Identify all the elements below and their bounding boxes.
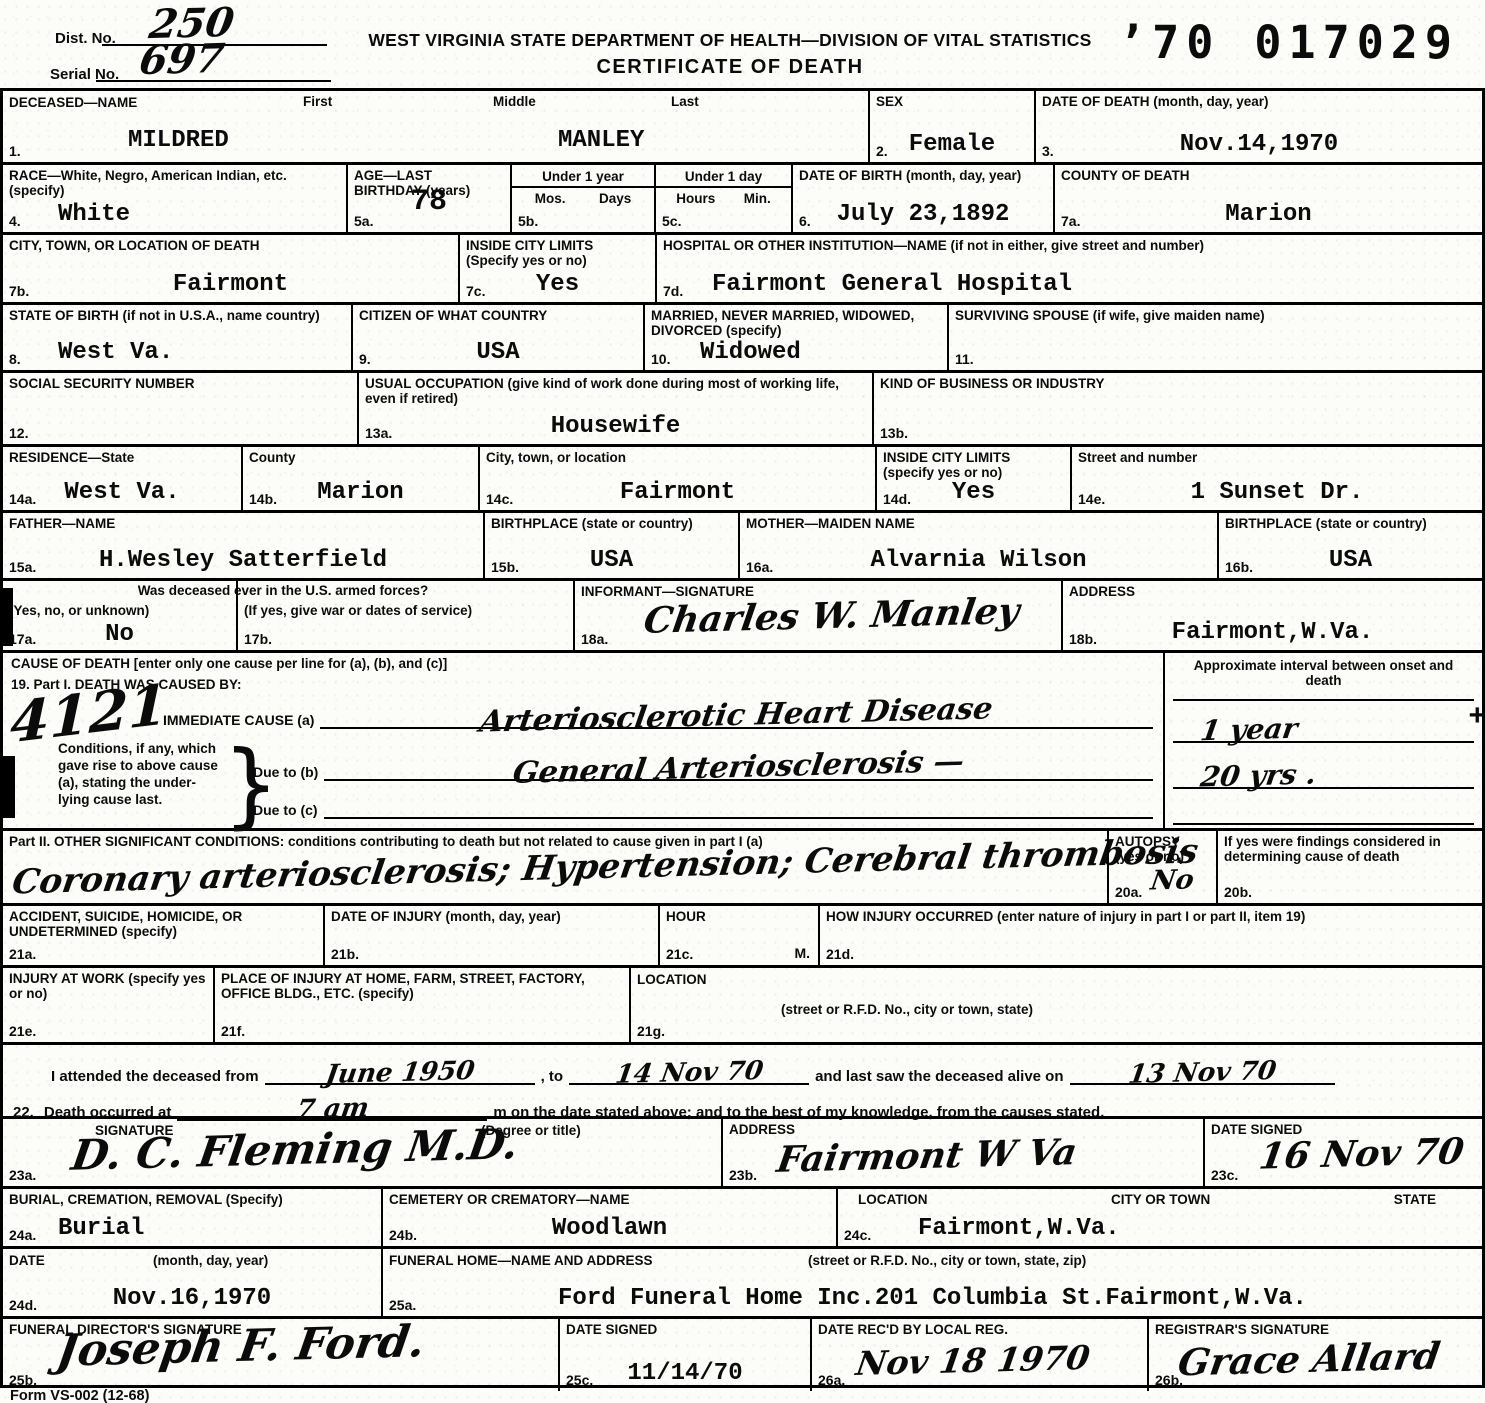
field-funeral-director-signature: FUNERAL DIRECTOR'S SIGNATURE Joseph F. F… — [3, 1319, 558, 1391]
inside-limits-death-label: INSIDE CITY LIMITS (Specify yes or no) — [466, 238, 649, 269]
field-accident: ACCIDENT, SUICIDE, HOMICIDE, OR UNDETERM… — [3, 906, 323, 965]
serial-no-value: 697 — [136, 35, 227, 84]
under-1-day-sublabels: Hours Min. — [662, 188, 785, 206]
residence-county-label: County — [249, 450, 472, 465]
serial-no-underline — [96, 80, 331, 82]
injury-location-paren: (street or R.F.D. No., city or town, sta… — [781, 1002, 1033, 1017]
residence-county-value: Marion — [243, 479, 478, 506]
due-to-c-line: Due to (c) — [253, 787, 1153, 819]
field-physician-address: ADDRESS Fairmont W Va 23b. — [721, 1119, 1203, 1186]
form-number: Form VS-002 (12-68) — [10, 1388, 149, 1403]
field-residence-state: RESIDENCE—State West Va. 14a. — [3, 447, 241, 510]
scan-artifact — [0, 756, 15, 818]
date-of-death-value: Nov.14,1970 — [1036, 131, 1482, 158]
under-1-year-number: 5b. — [518, 213, 538, 229]
minutes-label: Min. — [744, 191, 771, 206]
how-injury-number: 21d. — [826, 946, 854, 962]
how-injury-label: HOW INJURY OCCURRED (enter nature of inj… — [826, 909, 1476, 924]
deceased-name-number: 1. — [9, 143, 21, 159]
date-of-death-label: DATE OF DEATH (month, day, year) — [1042, 94, 1476, 109]
field-director-date-signed: DATE SIGNED 11/14/70 25c. — [558, 1319, 810, 1391]
mother-name-value: Alvarnia Wilson — [740, 547, 1217, 574]
burial-type-label: BURIAL, CREMATION, REMOVAL (Specify) — [9, 1192, 375, 1207]
date-received-number: 26a. — [818, 1372, 845, 1388]
autopsy-label: AUTOPSY (yes or no) — [1115, 834, 1210, 865]
cemetery-location-headers: LOCATION CITY OR TOWN STATE — [844, 1192, 1476, 1207]
field-residence-limits: INSIDE CITY LIMITS (specify yes or no) Y… — [875, 447, 1070, 510]
cemetery-name-label: CEMETERY OR CREMATORY—NAME — [389, 1192, 830, 1207]
date-of-death-number: 3. — [1042, 143, 1054, 159]
date-of-birth-value: July 23,1892 — [793, 201, 1053, 228]
interval-a-line: 1 year — [1173, 705, 1474, 743]
accident-number: 21a. — [9, 946, 36, 962]
row-funeral-home: DATE (month, day, year) Nov.16,1970 24d.… — [3, 1249, 1482, 1319]
field-how-injury-occurred: HOW INJURY OCCURRED (enter nature of inj… — [818, 906, 1482, 965]
mother-birthplace-number: 16b. — [1225, 559, 1253, 575]
interval-b-line: 20 yrs . — [1173, 749, 1474, 789]
field-armed-forces-group: Was deceased ever in the U.S. armed forc… — [3, 581, 573, 650]
hospital-value: Fairmont General Hospital — [657, 271, 1482, 298]
hospital-label: HOSPITAL OR OTHER INSTITUTION—NAME (if n… — [663, 238, 1476, 253]
field-deceased-name: DECEASED—NAME First Middle Last MILDRED … — [3, 91, 868, 162]
place-of-injury-label: PLACE OF INJURY AT HOME, FARM, STREET, F… — [221, 971, 623, 1002]
burial-date-label: DATE — [9, 1253, 45, 1268]
field-date-received: DATE REC'D BY LOCAL REG. Nov 18 1970 26a… — [810, 1319, 1147, 1391]
field-approximate-interval: Approximate interval between onset and d… — [1163, 653, 1482, 828]
registrar-signature-value: Grace Allard — [1175, 1334, 1443, 1385]
field-armed-forces-dates: (If yes, give war or dates of service) 1… — [236, 581, 573, 650]
injury-at-work-number: 21e. — [9, 1023, 36, 1039]
field-residence-city: City, town, or location Fairmont 14c. — [478, 447, 875, 510]
margin-plus-mark: + — [1468, 699, 1485, 733]
mother-birthplace-label: BIRTHPLACE (state or country) — [1225, 516, 1476, 531]
due-to-b-label: Due to (b) — [253, 765, 318, 781]
findings-label: If yes were findings considered in deter… — [1224, 834, 1476, 865]
residence-street-label: Street and number — [1078, 450, 1476, 465]
last-label: Last — [671, 94, 699, 109]
physician-signature-number: 23a. — [9, 1167, 36, 1183]
residence-city-number: 14c. — [486, 491, 513, 507]
sex-label: SEX — [876, 94, 1028, 109]
field-citizen: CITIZEN OF WHAT COUNTRY USA 9. — [351, 305, 643, 370]
row-injury-place: INJURY AT WORK (specify yes or no) 21e. … — [3, 968, 1482, 1045]
burial-type-number: 24a. — [9, 1227, 36, 1243]
interval-a-value: 1 year — [1198, 712, 1300, 748]
field-burial-date: DATE (month, day, year) Nov.16,1970 24d. — [3, 1249, 381, 1316]
armed-forces-paren: (Yes, no, or unknown) — [9, 603, 149, 618]
field-physician-signature: SIGNATURE (Degree or title) D. C. Flemin… — [3, 1119, 721, 1186]
field-age: AGE—LAST BIRTHDAY (years) 78 5a. — [346, 165, 510, 232]
field-attendance: I attended the deceased from June 1950 ,… — [3, 1045, 1482, 1116]
row-deceased: DECEASED—NAME First Middle Last MILDRED … — [3, 91, 1482, 165]
burial-type-value: Burial — [3, 1215, 381, 1242]
row-parents: FATHER—NAME H.Wesley Satterfield 15a. BI… — [3, 513, 1482, 581]
field-cemetery-location: LOCATION CITY OR TOWN STATE Fairmont,W.V… — [836, 1189, 1482, 1246]
city-of-death-value: Fairmont — [3, 271, 458, 298]
hours-label: Hours — [676, 191, 715, 206]
spouse-label: SURVIVING SPOUSE (if wife, give maiden n… — [955, 308, 1476, 323]
field-city-of-death: CITY, TOWN, OR LOCATION OF DEATH Fairmon… — [3, 235, 458, 302]
field-cause-of-death: CAUSE OF DEATH [enter only one cause per… — [3, 653, 1163, 828]
last-name-value: MANLEY — [558, 127, 644, 154]
row-accident: ACCIDENT, SUICIDE, HOMICIDE, OR UNDETERM… — [3, 906, 1482, 968]
death-certificate-document: Dist. No. 250 Serial No. 697 WEST VIRGIN… — [0, 0, 1485, 1403]
state-of-birth-label: STATE OF BIRTH (if not in U.S.A., name c… — [9, 308, 345, 323]
cemetery-location-value: Fairmont,W.Va. — [838, 1215, 1482, 1242]
armed-forces-dates-paren: (If yes, give war or dates of service) — [244, 603, 472, 618]
residence-limits-label: INSIDE CITY LIMITS (specify yes or no) — [883, 450, 1064, 481]
row-residence: RESIDENCE—State West Va. 14a. County Mar… — [3, 447, 1482, 513]
county-of-death-number: 7a. — [1061, 213, 1080, 229]
field-ssn: SOCIAL SECURITY NUMBER 12. — [3, 373, 357, 444]
field-occupation: USUAL OCCUPATION (give kind of work done… — [357, 373, 872, 444]
due-to-b-underline: General Arteriosclerosis — — [324, 749, 1153, 781]
inside-limits-death-value: Yes — [460, 271, 655, 298]
burial-date-number: 24d. — [9, 1297, 37, 1313]
attended-to-text: , to — [541, 1068, 564, 1085]
field-surviving-spouse: SURVIVING SPOUSE (if wife, give maiden n… — [947, 305, 1482, 370]
field-physician-date-signed: DATE SIGNED 16 Nov 70 23c. — [1203, 1119, 1482, 1186]
row-burial: BURIAL, CREMATION, REMOVAL (Specify) Bur… — [3, 1189, 1482, 1249]
attended-from-underline: June 1950 — [265, 1053, 535, 1085]
citizen-value: USA — [353, 339, 643, 366]
field-race: RACE—White, Negro, American Indian, etc.… — [3, 165, 346, 232]
attended-from-text: I attended the deceased from — [51, 1068, 259, 1085]
field-hospital: HOSPITAL OR OTHER INSTITUTION—NAME (if n… — [655, 235, 1482, 302]
injury-hour-label: HOUR — [666, 909, 812, 924]
interval-header-underline — [1173, 669, 1474, 701]
age-number: 5a. — [354, 213, 373, 229]
field-armed-forces: (Yes, no, or unknown) No 17a. — [3, 581, 236, 650]
scan-artifact — [0, 588, 13, 646]
cemetery-name-value: Woodlawn — [383, 1215, 836, 1242]
registrar-number: 26b. — [1155, 1372, 1183, 1388]
marital-label: MARRIED, NEVER MARRIED, WIDOWED, DIVORCE… — [651, 308, 941, 339]
field-autopsy-findings: If yes were findings considered in deter… — [1216, 831, 1482, 903]
city-of-death-label: CITY, TOWN, OR LOCATION OF DEATH — [9, 238, 452, 253]
marital-value: Widowed — [645, 339, 947, 366]
residence-city-label: City, town, or location — [486, 450, 869, 465]
accident-label: ACCIDENT, SUICIDE, HOMICIDE, OR UNDETERM… — [9, 909, 317, 940]
row-forces-informant: Was deceased ever in the U.S. armed forc… — [3, 581, 1482, 653]
autopsy-value: No — [1149, 864, 1197, 896]
father-name-number: 15a. — [9, 559, 36, 575]
row-birth-citizen-marital: STATE OF BIRTH (if not in U.S.A., name c… — [3, 305, 1482, 373]
informant-address-value: Fairmont,W.Va. — [1063, 619, 1482, 646]
field-registrar-signature: REGISTRAR'S SIGNATURE Grace Allard 26b. — [1147, 1319, 1482, 1391]
state-of-birth-number: 8. — [9, 351, 21, 367]
cemetery-location-number: 24c. — [844, 1227, 871, 1243]
race-value: White — [3, 201, 346, 228]
city-of-death-number: 7b. — [9, 283, 29, 299]
under-1-year-label: Under 1 year — [512, 168, 654, 188]
field-county-of-death: COUNTY OF DEATH Marion 7a. — [1053, 165, 1482, 232]
attended-from-value: June 1950 — [323, 1056, 476, 1090]
row-ssn-occupation: SOCIAL SECURITY NUMBER 12. USUAL OCCUPAT… — [3, 373, 1482, 447]
field-cemetery-name: CEMETERY OR CREMATORY—NAME Woodlawn 24b. — [381, 1189, 836, 1246]
immediate-cause-underline: Arteriosclerotic Heart Disease — [320, 697, 1153, 729]
months-label: Mos. — [535, 191, 566, 206]
informant-signature-value: Charles W. Manley — [641, 590, 1022, 642]
father-name-label: FATHER—NAME — [9, 516, 477, 531]
autopsy-number: 20a. — [1115, 884, 1142, 900]
date-of-birth-number: 6. — [799, 213, 811, 229]
row-cause-of-death: CAUSE OF DEATH [enter only one cause per… — [3, 653, 1482, 831]
date-received-value: Nov 18 1970 — [854, 1338, 1093, 1383]
physician-date-signed-value: 16 Nov 70 — [1256, 1130, 1466, 1177]
middle-label: Middle — [493, 94, 536, 109]
due-to-c-label: Due to (c) — [253, 803, 318, 819]
first-label: First — [303, 94, 332, 109]
certificate-header: Dist. No. 250 Serial No. 697 WEST VIRGIN… — [0, 0, 1485, 88]
conditions-note: Conditions, if any, which gave rise to a… — [58, 741, 220, 809]
director-date-signed-value: 11/14/70 — [560, 1360, 810, 1387]
father-birthplace-label: BIRTHPLACE (state or country) — [491, 516, 732, 531]
interval-c-line — [1173, 795, 1474, 825]
due-to-c-underline — [324, 787, 1153, 819]
informant-number: 18a. — [581, 631, 608, 647]
field-informant-address: ADDRESS Fairmont,W.Va. 18b. — [1061, 581, 1482, 650]
attendance-line-1: I attended the deceased from June 1950 ,… — [45, 1053, 1462, 1085]
injury-at-work-label: INJURY AT WORK (specify yes or no) — [9, 971, 207, 1002]
attendance-line-2: 22. Death occurred at 7 am m on the date… — [13, 1089, 1462, 1121]
field-injury-date: DATE OF INJURY (month, day, year) 21b. — [323, 906, 658, 965]
under-1-year-sublabels: Mos. Days — [518, 188, 648, 206]
under-1-day-label: Under 1 day — [656, 168, 791, 188]
interval-b-value: 20 yrs . — [1198, 758, 1318, 794]
injury-location-label: LOCATION — [637, 972, 707, 987]
physician-date-signed-number: 23c. — [1211, 1167, 1238, 1183]
conditions-brace: } — [223, 730, 279, 838]
cemetery-city-label: CITY OR TOWN — [1111, 1192, 1210, 1207]
field-place-of-injury: PLACE OF INJURY AT HOME, FARM, STREET, F… — [213, 968, 629, 1042]
field-residence-street: Street and number 1 Sunset Dr. 14e. — [1070, 447, 1482, 510]
death-occurred-underline: 7 am — [177, 1089, 487, 1121]
certificate-title: CERTIFICATE OF DEATH — [310, 56, 1150, 79]
residence-street-number: 14e. — [1078, 491, 1105, 507]
physician-signature-value: D. C. Fleming M.D. — [68, 1119, 521, 1180]
injury-date-label: DATE OF INJURY (month, day, year) — [331, 909, 652, 924]
sex-value: Female — [870, 131, 1034, 158]
field-mother-name: MOTHER—MAIDEN NAME Alvarnia Wilson 16a. — [738, 513, 1217, 578]
director-date-signed-label: DATE SIGNED — [566, 1322, 804, 1337]
row-place-of-death: CITY, TOWN, OR LOCATION OF DEATH Fairmon… — [3, 235, 1482, 305]
department-title: WEST VIRGINIA STATE DEPARTMENT OF HEALTH… — [310, 30, 1150, 51]
marital-number: 10. — [651, 351, 670, 367]
inside-limits-death-number: 7c. — [466, 283, 485, 299]
field-sex: SEX Female 2. — [868, 91, 1034, 162]
funeral-home-value: Ford Funeral Home Inc.201 Columbia St.Fa… — [383, 1285, 1482, 1312]
row-registration: FUNERAL DIRECTOR'S SIGNATURE Joseph F. F… — [3, 1319, 1482, 1391]
business-label: KIND OF BUSINESS OR INDUSTRY — [880, 376, 1476, 391]
director-date-signed-number: 25c. — [566, 1372, 593, 1388]
armed-forces-value: No — [3, 621, 236, 648]
field-marital-status: MARRIED, NEVER MARRIED, WIDOWED, DIVORCE… — [643, 305, 947, 370]
sex-number: 2. — [876, 143, 888, 159]
days-label: Days — [599, 191, 631, 206]
funeral-home-paren: (street or R.F.D. No., city or town, sta… — [808, 1253, 1086, 1268]
findings-number: 20b. — [1224, 884, 1252, 900]
field-injury-at-work: INJURY AT WORK (specify yes or no) 21e. — [3, 968, 213, 1042]
certificate-form: DECEASED—NAME First Middle Last MILDRED … — [0, 88, 1485, 1388]
field-funeral-home: FUNERAL HOME—NAME AND ADDRESS (street or… — [381, 1249, 1482, 1316]
cemetery-state-label: STATE — [1394, 1192, 1436, 1207]
burial-date-value: Nov.16,1970 — [3, 1285, 381, 1312]
last-alive-text: and last saw the deceased alive on — [815, 1068, 1063, 1085]
burial-date-paren: (month, day, year) — [153, 1253, 268, 1268]
injury-hour-number: 21c. — [666, 946, 693, 962]
injury-location-number: 21g. — [637, 1023, 665, 1039]
cemetery-location-label: LOCATION — [858, 1192, 928, 1207]
race-number: 4. — [9, 213, 21, 229]
funeral-director-number: 25b. — [9, 1372, 37, 1388]
residence-county-number: 14b. — [249, 491, 277, 507]
state-of-birth-value: West Va. — [3, 339, 351, 366]
mother-name-number: 16a. — [746, 559, 773, 575]
first-name-value: MILDRED — [128, 127, 229, 154]
field-business: KIND OF BUSINESS OR INDUSTRY 13b. — [872, 373, 1482, 444]
field-state-of-birth: STATE OF BIRTH (if not in U.S.A., name c… — [3, 305, 351, 370]
row-part2-autopsy: Part II. OTHER SIGNIFICANT CONDITIONS: c… — [3, 831, 1482, 906]
father-birthplace-number: 15b. — [491, 559, 519, 575]
injury-date-number: 21b. — [331, 946, 359, 962]
ssn-label: SOCIAL SECURITY NUMBER — [9, 376, 351, 391]
residence-state-number: 14a. — [9, 491, 36, 507]
field-date-of-birth: DATE OF BIRTH (month, day, year) July 23… — [791, 165, 1053, 232]
business-number: 13b. — [880, 425, 908, 441]
field-injury-location: LOCATION (street or R.F.D. No., city or … — [629, 968, 1482, 1042]
attended-to-underline: 14 Nov 70 — [569, 1053, 809, 1085]
armed-forces-dates-number: 17b. — [244, 631, 272, 647]
residence-street-value: 1 Sunset Dr. — [1072, 479, 1482, 506]
last-alive-underline: 13 Nov 70 — [1070, 1053, 1335, 1085]
residence-limits-number: 14d. — [883, 491, 911, 507]
armed-forces-number: 17a. — [9, 631, 36, 647]
occupation-number: 13a. — [365, 425, 392, 441]
funeral-home-number: 25a. — [389, 1297, 416, 1313]
occupation-value: Housewife — [359, 413, 872, 440]
informant-address-number: 18b. — [1069, 631, 1097, 647]
physician-address-value: Fairmont W Va — [774, 1131, 1079, 1181]
row-physician-signature: SIGNATURE (Degree or title) D. C. Flemin… — [3, 1119, 1482, 1189]
cause-header-label: CAUSE OF DEATH [enter only one cause per… — [11, 656, 447, 671]
field-residence-county: County Marion 14b. — [241, 447, 478, 510]
spouse-number: 11. — [955, 351, 974, 367]
funeral-director-signature-value: Joseph F. Ford. — [53, 1316, 428, 1377]
field-inside-city-limits-death: INSIDE CITY LIMITS (Specify yes or no) Y… — [458, 235, 655, 302]
mother-name-label: MOTHER—MAIDEN NAME — [746, 516, 1211, 531]
physician-address-number: 23b. — [729, 1167, 757, 1183]
cemetery-name-number: 24b. — [389, 1227, 417, 1243]
immediate-cause-label: IMMEDIATE CAUSE (a) — [163, 713, 314, 729]
last-alive-value: 13 Nov 70 — [1126, 1056, 1278, 1090]
ssn-number: 12. — [9, 425, 28, 441]
due-to-b-value: General Arteriosclerosis — — [511, 744, 967, 791]
field-other-significant-conditions: Part II. OTHER SIGNIFICANT CONDITIONS: c… — [3, 831, 1107, 903]
field-autopsy: AUTOPSY (yes or no) No 20a. — [1107, 831, 1216, 903]
due-to-b-line: Due to (b) General Arteriosclerosis — — [253, 749, 1153, 781]
field-father-birthplace: BIRTHPLACE (state or country) USA 15b. — [483, 513, 738, 578]
row-race-age-birth: RACE—White, Negro, American Indian, etc.… — [3, 165, 1482, 235]
father-name-value: H.Wesley Satterfield — [3, 547, 483, 574]
field-under-1-day: Under 1 day Hours Min. 5c. — [654, 165, 791, 232]
file-number-stamp: ’70 017029 — [1118, 16, 1459, 69]
county-of-death-label: COUNTY OF DEATH — [1061, 168, 1476, 183]
immediate-cause-value: Arteriosclerotic Heart Disease — [478, 691, 996, 739]
field-burial-type: BURIAL, CREMATION, REMOVAL (Specify) Bur… — [3, 1189, 381, 1246]
father-birthplace-value: USA — [485, 547, 738, 574]
deceased-name-label: DECEASED—NAME — [9, 95, 137, 110]
residence-state-value: West Va. — [3, 479, 241, 506]
residence-city-value: Fairmont — [480, 479, 875, 506]
field-under-1-year: Under 1 year Mos. Days 5b. — [510, 165, 654, 232]
immediate-cause-line: IMMEDIATE CAUSE (a) Arteriosclerotic Hea… — [163, 697, 1153, 729]
citizen-number: 9. — [359, 351, 371, 367]
place-of-injury-number: 21f. — [221, 1023, 245, 1039]
field-father-name: FATHER—NAME H.Wesley Satterfield 15a. — [3, 513, 483, 578]
field-informant-signature: INFORMANT—SIGNATURE Charles W. Manley 18… — [573, 581, 1061, 650]
residence-state-label: RESIDENCE—State — [9, 450, 235, 465]
citizen-label: CITIZEN OF WHAT COUNTRY — [359, 308, 637, 323]
mother-birthplace-value: USA — [1219, 547, 1482, 574]
attended-to-value: 14 Nov 70 — [613, 1056, 765, 1090]
injury-hour-m-suffix: M. — [794, 945, 810, 961]
date-received-label: DATE REC'D BY LOCAL REG. — [818, 1322, 1141, 1337]
under-1-day-number: 5c. — [662, 213, 681, 229]
field-mother-birthplace: BIRTHPLACE (state or country) USA 16b. — [1217, 513, 1482, 578]
funeral-home-label: FUNERAL HOME—NAME AND ADDRESS — [389, 1253, 653, 1268]
occupation-label: USUAL OCCUPATION (give kind of work done… — [365, 376, 866, 407]
race-label: RACE—White, Negro, American Indian, etc.… — [9, 168, 340, 199]
row-attendance-statement: I attended the deceased from June 1950 ,… — [3, 1045, 1482, 1119]
hospital-number: 7d. — [663, 283, 683, 299]
county-of-death-value: Marion — [1055, 201, 1482, 228]
date-of-birth-label: DATE OF BIRTH (month, day, year) — [799, 168, 1047, 183]
field-date-of-death: DATE OF DEATH (month, day, year) Nov.14,… — [1034, 91, 1482, 162]
informant-address-label: ADDRESS — [1069, 584, 1476, 599]
field-injury-hour: HOUR 21c. M. — [658, 906, 818, 965]
